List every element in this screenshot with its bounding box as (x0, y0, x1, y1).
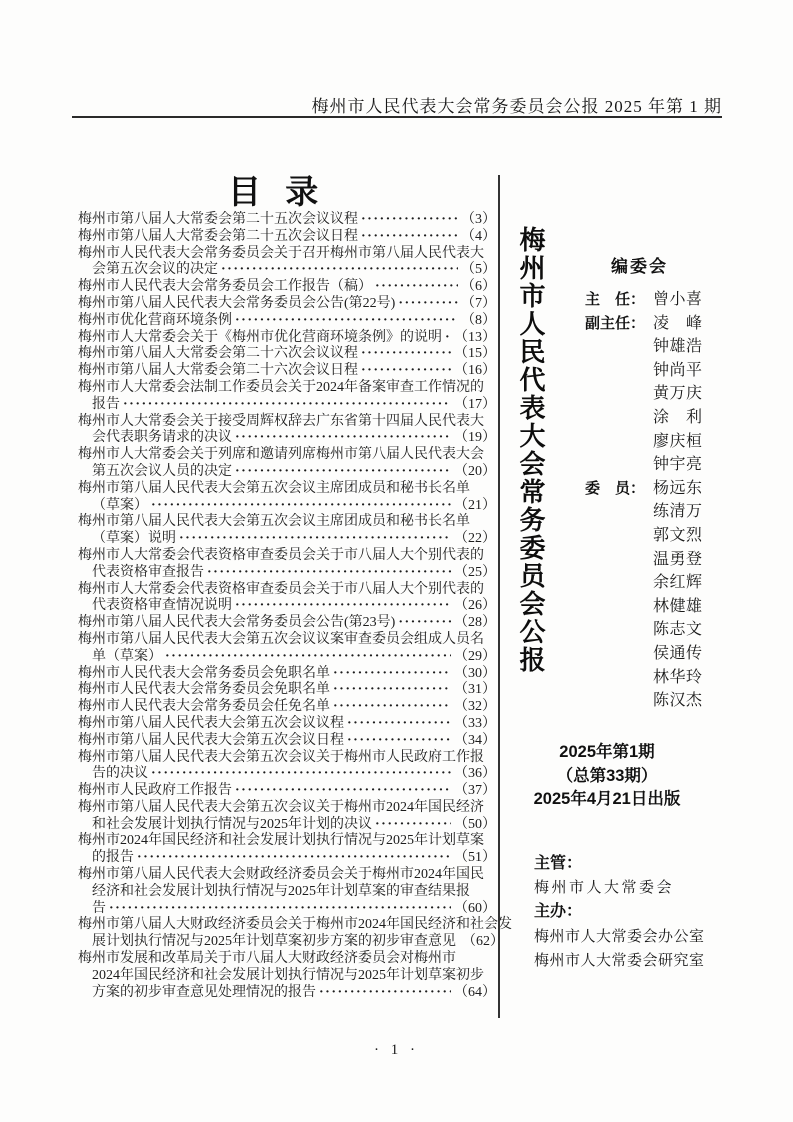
board-role-label: 委 员： (585, 477, 653, 501)
toc-entry-line: 的报告（51） (78, 850, 496, 867)
toc-entry-line: 会代表职务请求的决议（19） (78, 430, 496, 447)
toc-entry-line: 梅州市发展和改革局关于市八届人大财政经济委员会对梅州市 (78, 951, 496, 968)
organizer-label: 主办： (534, 900, 734, 924)
header-rule (72, 116, 722, 118)
board-row: 温勇登 (585, 548, 715, 572)
toc-entry-line: 梅州市第八届人民代表大会第五次会议主席团成员和秘书长名单 (78, 481, 496, 498)
toc-page-number: （13） (454, 330, 496, 347)
toc-entry-line: 梅州市第八届人民代表大会第五次会议主席团成员和秘书长名单 (78, 514, 496, 531)
dot-leader (333, 699, 451, 716)
toc-entries: 梅州市第八届人大常委会第二十五次会议议程（3）梅州市第八届人大常委会第二十五次会… (78, 212, 496, 1001)
toc-page-number: （7） (461, 296, 496, 313)
toc-entry: 梅州市第八届人民代表大会常务委员会公告(第22号)（7） (78, 296, 496, 313)
toc-entry: 梅州市第八届人民代表大会财政经济委员会关于梅州市2024年国民经济和社会发展计划… (78, 867, 496, 917)
toc-entry-text: 方案的初步审查意见处理情况的报告 (92, 985, 316, 1002)
publisher-block: 主管： 梅州市人大常委会 主办： 梅州市人大常委会办公室梅州市人大常委会研究室 (534, 852, 734, 973)
column-divider (498, 175, 500, 1018)
toc-entry-line: 会第五次会议的决定（5） (78, 262, 496, 279)
toc-entry: 梅州市第八届人大常委会第二十五次会议议程（3） (78, 212, 496, 229)
toc-page-number: （28） (454, 615, 496, 632)
board-member-name: 曾小喜 (653, 288, 703, 312)
dot-leader (333, 666, 451, 683)
toc-entry-line: 梅州市第八届人民代表大会第五次会议议案审查委员会组成人员名 (78, 632, 496, 649)
dot-leader (235, 783, 451, 800)
board-row: 涂 利 (585, 406, 715, 430)
toc-entry: 梅州市人大常委会关于接受周辉权辞去广东省第十四届人民代表大会代表职务请求的决议（… (78, 414, 496, 448)
toc-entry-line: 梅州市第八届人大常委会第二十六次会议日程（16） (78, 363, 496, 380)
board-row: 林华玲 (585, 666, 715, 690)
toc-entry: 梅州市发展和改革局关于市八届人大财政经济委员会对梅州市2024年国民经济和社会发… (78, 951, 496, 1001)
dot-leader (151, 766, 451, 783)
dot-leader (361, 229, 458, 246)
toc-entry-line: 梅州市第八届人民代表大会第五次会议关于梅州市2024年国民经济 (78, 800, 496, 817)
toc-entry-line: 梅州市人民政府工作报告（37） (78, 783, 496, 800)
toc-entry-line: 梅州市第八届人民代表大会第五次会议议程（33） (78, 716, 496, 733)
toc-entry: 梅州市第八届人大常委会第二十六次会议日程（16） (78, 363, 496, 380)
dot-leader (235, 464, 451, 481)
toc-entry-line: 梅州市人民代表大会常务委员会工作报告（稿）（6） (78, 279, 496, 296)
toc-page-number: （25） (454, 565, 496, 582)
toc-entry-text: 梅州市人民代表大会常务委员会任免名单 (78, 699, 330, 716)
toc-page-number: （50） (454, 817, 496, 834)
board-row: 副主任：凌 峰 (585, 312, 715, 336)
toc-entry: 梅州市优化营商环境条例（8） (78, 313, 496, 330)
board-member-name: 侯通传 (653, 642, 703, 666)
toc-entry-line: 代表资格审查情况说明（26） (78, 598, 496, 615)
toc-entry-line: 梅州市人大常委会关于《梅州市优化营商环境条例》的说明（13） (78, 330, 496, 347)
dot-leader (319, 985, 451, 1002)
toc-entry-line: 梅州市第八届人大常委会第二十六次会议议程（15） (78, 346, 496, 363)
dot-leader (235, 313, 458, 330)
board-row: 委 员：杨远东 (585, 477, 715, 501)
toc-entry: 梅州市人民代表大会常务委员会免职名单（30） (78, 666, 496, 683)
toc-page-number: （17） (454, 397, 496, 414)
toc-entry-text: 梅州市人民政府工作报告 (78, 783, 232, 800)
toc-entry-text: 2024年国民经济和社会发展计划执行情况与2025年计划草案初步 (92, 968, 484, 985)
board-member-name: 林健雄 (653, 595, 703, 619)
board-row: 郭文烈 (585, 524, 715, 548)
toc-entry-line: 梅州市第八届人民代表大会第五次会议关于梅州市人民政府工作报 (78, 750, 496, 767)
toc-page-number: （4） (461, 229, 496, 246)
board-row: 陈汉杰 (585, 689, 715, 713)
toc-page-number: （30） (454, 666, 496, 683)
toc-entry-line: 梅州市人大常委会法制工作委员会关于2024年备案审查工作情况的 (78, 380, 496, 397)
toc-entry-text: （草案） (92, 498, 148, 515)
toc-entry-line: （草案）（21） (78, 498, 496, 515)
toc-entry-line: 梅州市人大常委会代表资格审查委员会关于市八届人大个别代表的 (78, 582, 496, 599)
toc-entry-text: 梅州市人民代表大会常务委员会关于召开梅州市第八届人民代表大 (78, 246, 484, 263)
toc-entry: 梅州市人民代表大会常务委员会关于召开梅州市第八届人民代表大会第五次会议的决定（5… (78, 246, 496, 280)
toc-entry-text: 梅州市人民代表大会常务委员会工作报告（稿） (78, 279, 372, 296)
editorial-board-title: 编委会 (611, 252, 668, 277)
toc-entry-line: 和社会发展计划执行情况与2025年计划的决议（50） (78, 817, 496, 834)
toc-entry-text: 梅州市2024年国民经济和社会发展计划执行情况与2025年计划草案 (78, 833, 484, 850)
toc-entry-text: 梅州市第八届人大常委会第二十六次会议日程 (78, 363, 358, 380)
publish-date: 2025年4月21日出版 (511, 788, 703, 812)
toc-entry: 梅州市第八届人民代表大会第五次会议关于梅州市人民政府工作报告的决议（36） (78, 750, 496, 784)
toc-page-number: （29） (454, 649, 496, 666)
board-member-name: 练清万 (653, 500, 703, 524)
dot-leader (221, 262, 458, 279)
toc-entry: 梅州市人大常委会法制工作委员会关于2024年备案审查工作情况的报告（17） (78, 380, 496, 414)
toc-entry-line: 代表资格审查报告（25） (78, 565, 496, 582)
board-row: 余红辉 (585, 571, 715, 595)
toc-entry-text: 梅州市人大常委会法制工作委员会关于2024年备案审查工作情况的 (78, 380, 484, 397)
toc-entry-line: 梅州市第八届人大财政经济委员会关于梅州市2024年国民经济和社会发 (78, 917, 496, 934)
toc-page-number: （32） (454, 699, 496, 716)
board-member-name: 凌 峰 (653, 312, 703, 336)
toc-entry: 梅州市人大常委会代表资格审查委员会关于市八届人大个别代表的代表资格审查报告（25… (78, 548, 496, 582)
toc-entry-text: 梅州市第八届人民代表大会第五次会议关于梅州市人民政府工作报 (78, 750, 484, 767)
toc-page-number: （21） (454, 498, 496, 515)
board-member-name: 钟宇亮 (653, 453, 703, 477)
board-member-name: 郭文烈 (653, 524, 703, 548)
dot-leader (445, 330, 451, 347)
issue-info-block: 2025年第1期 （总第33期） 2025年4月21日出版 (511, 741, 703, 812)
board-member-name: 廖庆桓 (653, 430, 703, 454)
toc-entry-text: 告 (92, 901, 106, 918)
toc-entry-line: 告（60） (78, 901, 496, 918)
toc-entry-text: 经济和社会发展计划执行情况与2025年计划草案的审查结果报 (92, 884, 470, 901)
toc-entry: 梅州市第八届人大常委会第二十六次会议议程（15） (78, 346, 496, 363)
toc-entry-line: 梅州市人民代表大会常务委员会免职名单（30） (78, 666, 496, 683)
toc-page-number: （6） (461, 279, 496, 296)
toc-entry-line: 梅州市人民代表大会常务委员会关于召开梅州市第八届人民代表大 (78, 246, 496, 263)
board-row: 练清万 (585, 500, 715, 524)
toc-page-number: （26） (454, 598, 496, 615)
toc-entry-line: 梅州市人民代表大会常务委员会免职名单（31） (78, 682, 496, 699)
toc-page-number: （64） (454, 985, 496, 1002)
toc-entry-text: 代表资格审查报告 (92, 565, 204, 582)
board-row: 钟尚平 (585, 359, 715, 383)
board-member-name: 黄万庆 (653, 382, 703, 406)
toc-entry: 梅州市人民代表大会常务委员会免职名单（31） (78, 682, 496, 699)
toc-entry-line: 单（草案）（29） (78, 649, 496, 666)
toc-entry-text: 告的决议 (92, 766, 148, 783)
toc-entry-line: 梅州市优化营商环境条例（8） (78, 313, 496, 330)
toc-entry-text: 梅州市第八届人民代表大会常务委员会公告(第22号) (78, 296, 395, 313)
toc-entry-line: 梅州市第八届人大常委会第二十五次会议日程（4） (78, 229, 496, 246)
toc-entry-text: 梅州市人大常委会关于《梅州市优化营商环境条例》的说明 (78, 330, 442, 347)
toc-entry-text: 梅州市人大常委会代表资格审查委员会关于市八届人大个别代表的 (78, 548, 484, 565)
toc-page-number: （37） (454, 783, 496, 800)
toc-entry-text: 单（草案） (92, 649, 162, 666)
toc-entry-text: 梅州市第八届人大财政经济委员会关于梅州市2024年国民经济和社会发 (78, 917, 512, 934)
board-member-name: 温勇登 (653, 548, 703, 572)
toc-entry-text: 梅州市优化营商环境条例 (78, 313, 232, 330)
board-row: 钟雄浩 (585, 335, 715, 359)
toc-entry-text: 梅州市第八届人民代表大会第五次会议主席团成员和秘书长名单 (78, 481, 470, 498)
toc-page-number: （51） (454, 850, 496, 867)
toc-entry-line: 梅州市第八届人民代表大会财政经济委员会关于梅州市2024年国民 (78, 867, 496, 884)
header-journal-line: 梅州市人民代表大会常务委员会公报 2025 年第 1 期 (312, 92, 723, 117)
toc-entry-line: 梅州市人民代表大会常务委员会任免名单（32） (78, 699, 496, 716)
toc-entry-text: 梅州市第八届人民代表大会第五次会议主席团成员和秘书长名单 (78, 514, 470, 531)
supervisor-name: 梅州市人大常委会 (534, 876, 734, 900)
toc-page-number: （34） (454, 733, 496, 750)
toc-page-number: （22） (454, 531, 496, 548)
board-role-label: 副主任： (585, 312, 653, 336)
toc-page-number: （16） (454, 363, 496, 380)
board-row: 主 任：曾小喜 (585, 288, 715, 312)
toc-entry-line: 梅州市第八届人民代表大会第五次会议日程（34） (78, 733, 496, 750)
board-member-name: 杨远东 (653, 477, 703, 501)
toc-entry-line: 经济和社会发展计划执行情况与2025年计划草案的审查结果报 (78, 884, 496, 901)
toc-entry-text: 梅州市第八届人大常委会第二十五次会议日程 (78, 229, 358, 246)
board-row: 黄万庆 (585, 382, 715, 406)
toc-entry-text: 梅州市第八届人民代表大会第五次会议议案审查委员会组成人员名 (78, 632, 484, 649)
dot-leader (137, 850, 451, 867)
dot-leader (375, 279, 458, 296)
dot-leader (207, 565, 451, 582)
toc-entry-text: 报告 (92, 397, 120, 414)
toc-entry-text: 梅州市第八届人民代表大会第五次会议日程 (78, 733, 344, 750)
toc-entry-text: 的报告 (92, 850, 134, 867)
dot-leader (235, 430, 451, 447)
dot-leader (398, 615, 451, 632)
dot-leader (375, 817, 451, 834)
board-row: 钟宇亮 (585, 453, 715, 477)
toc-title: 目 录 (228, 166, 320, 213)
toc-entry: 梅州市第八届人民代表大会第五次会议日程（34） (78, 733, 496, 750)
toc-entry-text: 和社会发展计划执行情况与2025年计划的决议 (92, 817, 372, 834)
board-member-name: 陈志文 (653, 618, 703, 642)
toc-entry-text: 梅州市第八届人民代表大会第五次会议关于梅州市2024年国民经济 (78, 800, 484, 817)
issue-total-number: （总第33期） (511, 765, 703, 789)
toc-entry-text: 代表资格审查情况说明 (92, 598, 232, 615)
toc-entry-line: 梅州市2024年国民经济和社会发展计划执行情况与2025年计划草案 (78, 833, 496, 850)
dot-leader (347, 733, 451, 750)
toc-entry-text: 梅州市发展和改革局关于市八届人大财政经济委员会对梅州市 (78, 951, 456, 968)
toc-entry: 梅州市第八届人大常委会第二十五次会议日程（4） (78, 229, 496, 246)
toc-entry-text: 梅州市第八届人民代表大会常务委员会公告(第23号) (78, 615, 395, 632)
toc-page-number: （19） (454, 430, 496, 447)
toc-entry-text: 会第五次会议的决定 (92, 262, 218, 279)
toc-page-number: （3） (461, 212, 496, 229)
board-row: 陈志文 (585, 618, 715, 642)
toc-entry-line: （草案）说明（22） (78, 531, 496, 548)
dot-leader (361, 363, 451, 380)
dot-leader (333, 682, 451, 699)
organizer-name: 梅州市人大常委会办公室 (534, 925, 734, 949)
toc-entry: 梅州市第八届人民代表大会第五次会议议案审查委员会组成人员名单（草案）（29） (78, 632, 496, 666)
toc-entry: 梅州市第八届人民代表大会第五次会议主席团成员和秘书长名单（草案）说明（22） (78, 514, 496, 548)
toc-entry-text: 梅州市人民代表大会常务委员会免职名单 (78, 666, 330, 683)
toc-entry-line: 展计划执行情况与2025年计划草案初步方案的初步审查意见（62） (78, 934, 496, 951)
board-member-name: 余红辉 (653, 571, 703, 595)
gazette-vertical-title: 梅州市人民代表大会常务委员会公报 (514, 226, 550, 678)
board-member-name: 钟尚平 (653, 359, 703, 383)
editorial-board-list: 主 任：曾小喜副主任：凌 峰钟雄浩钟尚平黄万庆涂 利廖庆桓钟宇亮委 员：杨远东练… (585, 288, 715, 713)
toc-entry-line: 梅州市人大常委会关于接受周辉权辞去广东省第十四届人民代表大 (78, 414, 496, 431)
toc-page-number: （5） (461, 262, 496, 279)
board-role-label: 主 任： (585, 288, 653, 312)
toc-entry-line: 梅州市人大常委会代表资格审查委员会关于市八届人大个别代表的 (78, 548, 496, 565)
toc-page-number: （33） (454, 716, 496, 733)
toc-entry-text: 梅州市第八届人大常委会第二十五次会议议程 (78, 212, 358, 229)
toc-entry-text: 梅州市人大常委会关于接受周辉权辞去广东省第十四届人民代表大 (78, 414, 484, 431)
toc-page-number: （31） (454, 682, 496, 699)
toc-entry: 梅州市第八届人大财政经济委员会关于梅州市2024年国民经济和社会发展计划执行情况… (78, 917, 496, 951)
toc-entry: 梅州市人大常委会代表资格审查委员会关于市八届人大个别代表的代表资格审查情况说明（… (78, 582, 496, 616)
toc-entry-text: 展计划执行情况与2025年计划草案初步方案的初步审查意见 (92, 934, 456, 951)
toc-entry-line: 梅州市第八届人民代表大会常务委员会公告(第23号)（28） (78, 615, 496, 632)
dot-leader (165, 649, 451, 666)
board-member-name: 钟雄浩 (653, 335, 703, 359)
dot-leader (235, 598, 451, 615)
toc-entry: 梅州市第八届人民代表大会常务委员会公告(第23号)（28） (78, 615, 496, 632)
dot-leader (347, 716, 451, 733)
organizer-list: 梅州市人大常委会办公室梅州市人大常委会研究室 (534, 925, 734, 973)
toc-page-number: （15） (454, 346, 496, 363)
toc-entry-line: 方案的初步审查意见处理情况的报告（64） (78, 985, 496, 1002)
toc-entry: 梅州市2024年国民经济和社会发展计划执行情况与2025年计划草案的报告（51） (78, 833, 496, 867)
organizer-name: 梅州市人大常委会研究室 (534, 949, 734, 973)
toc-entry-text: 梅州市人大常委会代表资格审查委员会关于市八届人大个别代表的 (78, 582, 484, 599)
issue-number: 2025年第1期 (511, 741, 703, 765)
toc-entry-line: 第五次会议人员的决定（20） (78, 464, 496, 481)
toc-page-number: （20） (454, 464, 496, 481)
toc-entry: 梅州市人民代表大会常务委员会任免名单（32） (78, 699, 496, 716)
toc-entry-line: 梅州市第八届人民代表大会常务委员会公告(第22号)（7） (78, 296, 496, 313)
toc-entry-text: 梅州市人大常委会关于列席和邀请列席梅州市第八届人民代表大会 (78, 447, 484, 464)
toc-entry-text: （草案）说明 (92, 531, 176, 548)
dot-leader (151, 498, 451, 515)
toc-entry-line: 梅州市人大常委会关于列席和邀请列席梅州市第八届人民代表大会 (78, 447, 496, 464)
toc-entry: 梅州市人大常委会关于《梅州市优化营商环境条例》的说明（13） (78, 330, 496, 347)
toc-entry-text: 梅州市第八届人民代表大会第五次会议议程 (78, 716, 344, 733)
board-row: 廖庆桓 (585, 430, 715, 454)
supervisor-label: 主管： (534, 852, 734, 876)
toc-entry-text: 第五次会议人员的决定 (92, 464, 232, 481)
toc-entry: 梅州市人民政府工作报告（37） (78, 783, 496, 800)
toc-entry-text: 会代表职务请求的决议 (92, 430, 232, 447)
footer-page-number: · 1 · (0, 1042, 793, 1059)
dot-leader (123, 397, 451, 414)
toc-entry: 梅州市第八届人民代表大会第五次会议关于梅州市2024年国民经济和社会发展计划执行… (78, 800, 496, 834)
toc-entry: 梅州市人民代表大会常务委员会工作报告（稿）（6） (78, 279, 496, 296)
toc-entry: 梅州市人大常委会关于列席和邀请列席梅州市第八届人民代表大会第五次会议人员的决定（… (78, 447, 496, 481)
board-row: 侯通传 (585, 642, 715, 666)
toc-page-number: （60） (454, 901, 496, 918)
toc-entry-text: 梅州市人民代表大会常务委员会免职名单 (78, 682, 330, 699)
board-row: 林健雄 (585, 595, 715, 619)
toc-entry-line: 告的决议（36） (78, 766, 496, 783)
toc-entry: 梅州市第八届人民代表大会第五次会议议程（33） (78, 716, 496, 733)
dot-leader (361, 346, 451, 363)
board-member-name: 涂 利 (653, 406, 703, 430)
toc-entry-line: 梅州市第八届人大常委会第二十五次会议议程（3） (78, 212, 496, 229)
board-member-name: 陈汉杰 (653, 689, 703, 713)
toc-entry-text: 梅州市第八届人民代表大会财政经济委员会关于梅州市2024年国民 (78, 867, 484, 884)
toc-entry-line: 2024年国民经济和社会发展计划执行情况与2025年计划草案初步 (78, 968, 496, 985)
board-member-name: 林华玲 (653, 666, 703, 690)
dot-leader (398, 296, 458, 313)
toc-entry-text: 梅州市第八届人大常委会第二十六次会议议程 (78, 346, 358, 363)
dot-leader (361, 212, 458, 229)
toc-page-number: （8） (461, 313, 496, 330)
dot-leader (109, 901, 451, 918)
toc-page-number: （36） (454, 766, 496, 783)
dot-leader (179, 531, 451, 548)
toc-entry: 梅州市第八届人民代表大会第五次会议主席团成员和秘书长名单（草案）（21） (78, 481, 496, 515)
toc-entry-line: 报告（17） (78, 397, 496, 414)
